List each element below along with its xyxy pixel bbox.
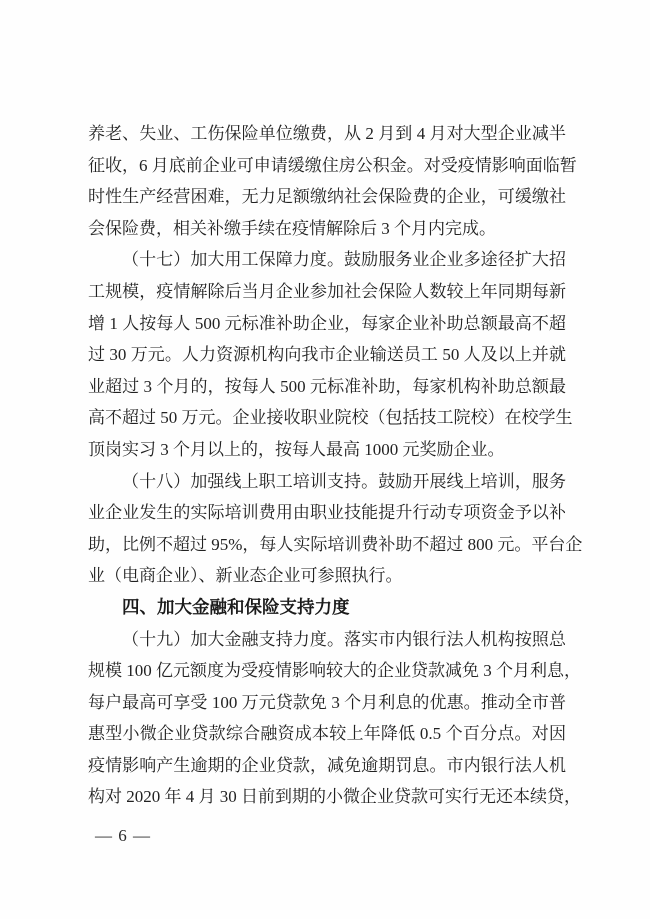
body-line: 业（电商企业）、新业态企业可参照执行。 <box>88 560 566 592</box>
document-page: 养老、失业、工伤保险单位缴费，从 2 月到 4 月对大型企业减半 征收，6 月底… <box>0 0 650 919</box>
body-line: 规模 100 亿元额度为受疫情影响较大的企业贷款减免 3 个月利息， <box>88 655 566 687</box>
body-line: 业企业发生的实际培训费用由职业技能提升行动专项资金予以补 <box>88 497 566 529</box>
body-line: （十九）加大金融支持力度。落实市内银行法人机构按照总 <box>88 624 566 656</box>
body-line: （十八）加强线上职工培训支持。鼓励开展线上培训，服务 <box>88 466 566 498</box>
body-line: 时性生产经营困难，无力足额缴纳社会保险费的企业，可缓缴社 <box>88 181 566 213</box>
body-line: 高不超过 50 万元。企业接收职业院校（包括技工院校）在校学生 <box>88 402 566 434</box>
document-body: 养老、失业、工伤保险单位缴费，从 2 月到 4 月对大型企业减半 征收，6 月底… <box>88 118 566 813</box>
body-line: 业超过 3 个月的，按每人 500 元标准补助，每家机构补助总额最 <box>88 371 566 403</box>
page-number: — 6 — <box>95 826 151 846</box>
body-line: 助，比例不超过 95%，每人实际培训费补助不超过 800 元。平台企 <box>88 529 566 561</box>
body-line: 疫情影响产生逾期的企业贷款，减免逾期罚息。市内银行法人机 <box>88 750 566 782</box>
body-line: （十七）加大用工保障力度。鼓励服务业企业多途径扩大招 <box>88 244 566 276</box>
body-line: 工规模，疫情解除后当月企业参加社会保险人数较上年同期每新 <box>88 276 566 308</box>
section-heading: 四、加大金融和保险支持力度 <box>88 592 566 624</box>
body-line: 征收，6 月底前企业可申请缓缴住房公积金。对受疫情影响面临暂 <box>88 150 566 182</box>
body-line: 养老、失业、工伤保险单位缴费，从 2 月到 4 月对大型企业减半 <box>88 118 566 150</box>
body-line: 过 30 万元。人力资源机构向我市企业输送员工 50 人及以上并就 <box>88 339 566 371</box>
body-line: 顶岗实习 3 个月以上的，按每人最高 1000 元奖励企业。 <box>88 434 566 466</box>
body-line: 惠型小微企业贷款综合融资成本较上年降低 0.5 个百分点。对因 <box>88 718 566 750</box>
body-line: 每户最高可享受 100 万元贷款免 3 个月利息的优惠。推动全市普 <box>88 687 566 719</box>
body-line: 会保险费，相关补缴手续在疫情解除后 3 个月内完成。 <box>88 213 566 245</box>
body-line: 增 1 人按每人 500 元标准补助企业，每家企业补助总额最高不超 <box>88 308 566 340</box>
body-line: 构对 2020 年 4 月 30 日前到期的小微企业贷款可实行无还本续贷， <box>88 781 566 813</box>
